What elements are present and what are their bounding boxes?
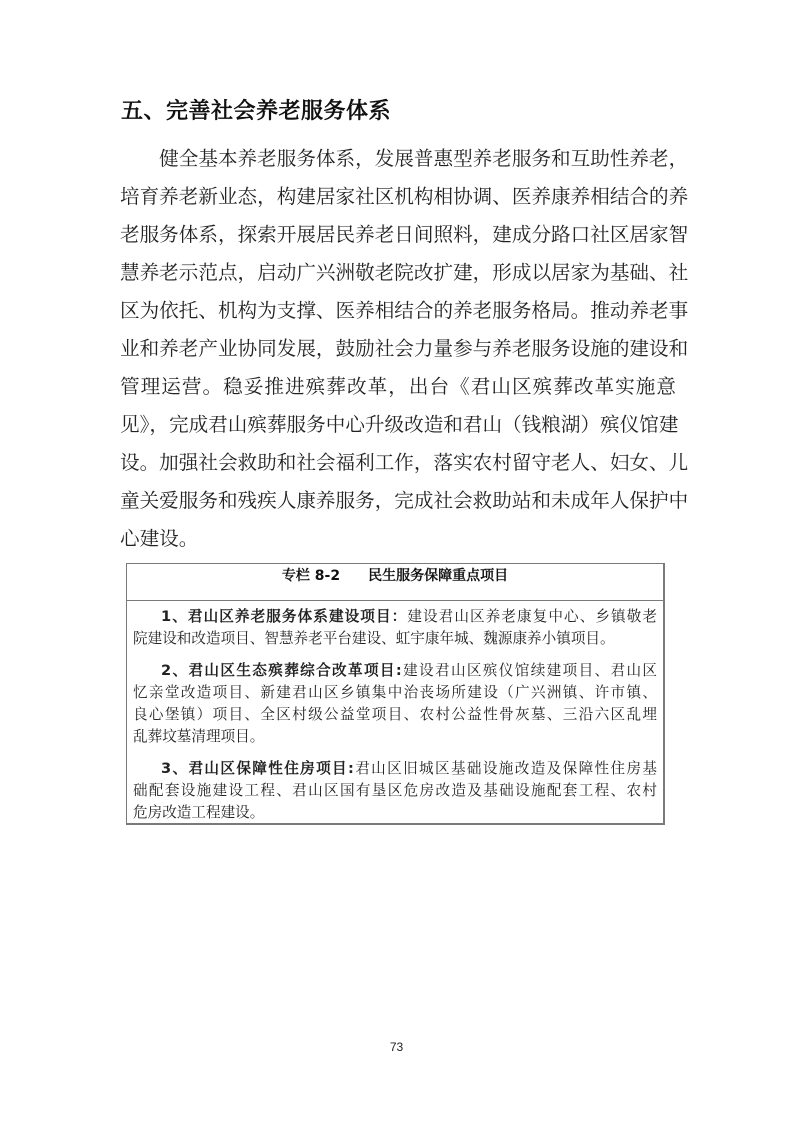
paragraph-line: 老服务体系，探索开展居民养老日间照料，建成分路口社区居家智 <box>120 216 676 254</box>
paragraph-line: 心建设。 <box>120 520 676 558</box>
item-line: 2、君山区生态殡葬综合改革项目:建设君山区殡仪馆续建项目、君山区 <box>133 660 657 682</box>
item-line: 危房改造工程建设。 <box>133 802 657 824</box>
item-line: 忆亲堂改造项目、新建君山区乡镇集中治丧场所建设（广兴洲镇、许市镇、 <box>133 682 657 704</box>
item-line: 础配套设施建设工程、君山区国有垦区危房改造及基础设施配套工程、农村 <box>133 780 657 802</box>
project-item-1: 1、君山区养老服务体系建设项目：建设君山区养老康复中心、乡镇敬老 院建设和改造项… <box>127 606 663 650</box>
item-line: 良心堡镇）项目、全区村级公益堂项目、农村公益性骨灰墓、三沿六区乱埋 <box>133 704 657 726</box>
paragraph-line: 慧养老示范点，启动广兴洲敬老院改扩建，形成以居家为基础、社 <box>120 254 676 292</box>
item-line: 乱葬坟墓清理项目。 <box>133 726 657 748</box>
paragraph-line: 培育养老新业态，构建居家社区机构相协调、医养康养相结合的养 <box>120 178 676 216</box>
item-text: 建设君山区养老康复中心、乡镇敬老 <box>407 608 657 625</box>
project-item-3: 3、君山区保障性住房项目:君山区旧城区基础设施改造及保障性住房基 础配套设施建设… <box>127 758 663 824</box>
item-lead: 1、君山区养老服务体系建设项目： <box>161 608 407 625</box>
item-line: 院建设和改造项目、智慧养老平台建设、虹宇康年城、魏源康养小镇项目。 <box>133 628 657 650</box>
paragraph-line: 见》，完成君山殡葬服务中心升级改造和君山（钱粮湖）殡仪馆建 <box>120 406 676 444</box>
item-line: 3、君山区保障性住房项目:君山区旧城区基础设施改造及保障性住房基 <box>133 758 657 780</box>
page-number: 73 <box>0 1040 793 1054</box>
box-title: 专栏 8-2 民生服务保障重点项目 <box>127 564 663 601</box>
paragraph-line: 业和养老产业协同发展，鼓励社会力量参与养老服务设施的建设和 <box>120 330 676 368</box>
paragraph-line: 设。加强社会救助和社会福利工作，落实农村留守老人、妇女、儿 <box>120 444 676 482</box>
section-heading: 五、完善社会养老服务体系 <box>121 94 391 125</box>
paragraph-line: 管理运营。稳妥推进殡葬改革，出台《君山区殡葬改革实施意 <box>120 368 676 406</box>
item-line: 1、君山区养老服务体系建设项目：建设君山区养老康复中心、乡镇敬老 <box>133 606 657 628</box>
paragraph-line: 区为依托、机构为支撑、医养相结合的养老服务格局。推动养老事 <box>120 292 676 330</box>
project-column-box: 专栏 8-2 民生服务保障重点项目 1、君山区养老服务体系建设项目：建设君山区养… <box>126 563 665 825</box>
project-item-2: 2、君山区生态殡葬综合改革项目:建设君山区殡仪馆续建项目、君山区 忆亲堂改造项目… <box>127 660 663 748</box>
item-lead: 3、君山区保障性住房项目: <box>161 760 354 777</box>
section-paragraph: 健全基本养老服务体系，发展普惠型养老服务和互助性养老， 培育养老新业态，构建居家… <box>120 140 676 558</box>
item-lead: 2、君山区生态殡葬综合改革项目: <box>161 662 402 679</box>
item-text: 君山区旧城区基础设施改造及保障性住房基 <box>354 760 657 777</box>
paragraph-line: 健全基本养老服务体系，发展普惠型养老服务和互助性养老， <box>120 140 676 178</box>
item-text: 建设君山区殡仪馆续建项目、君山区 <box>402 662 657 679</box>
paragraph-line: 童关爱服务和残疾人康养服务，完成社会救助站和未成年人保护中 <box>120 482 676 520</box>
